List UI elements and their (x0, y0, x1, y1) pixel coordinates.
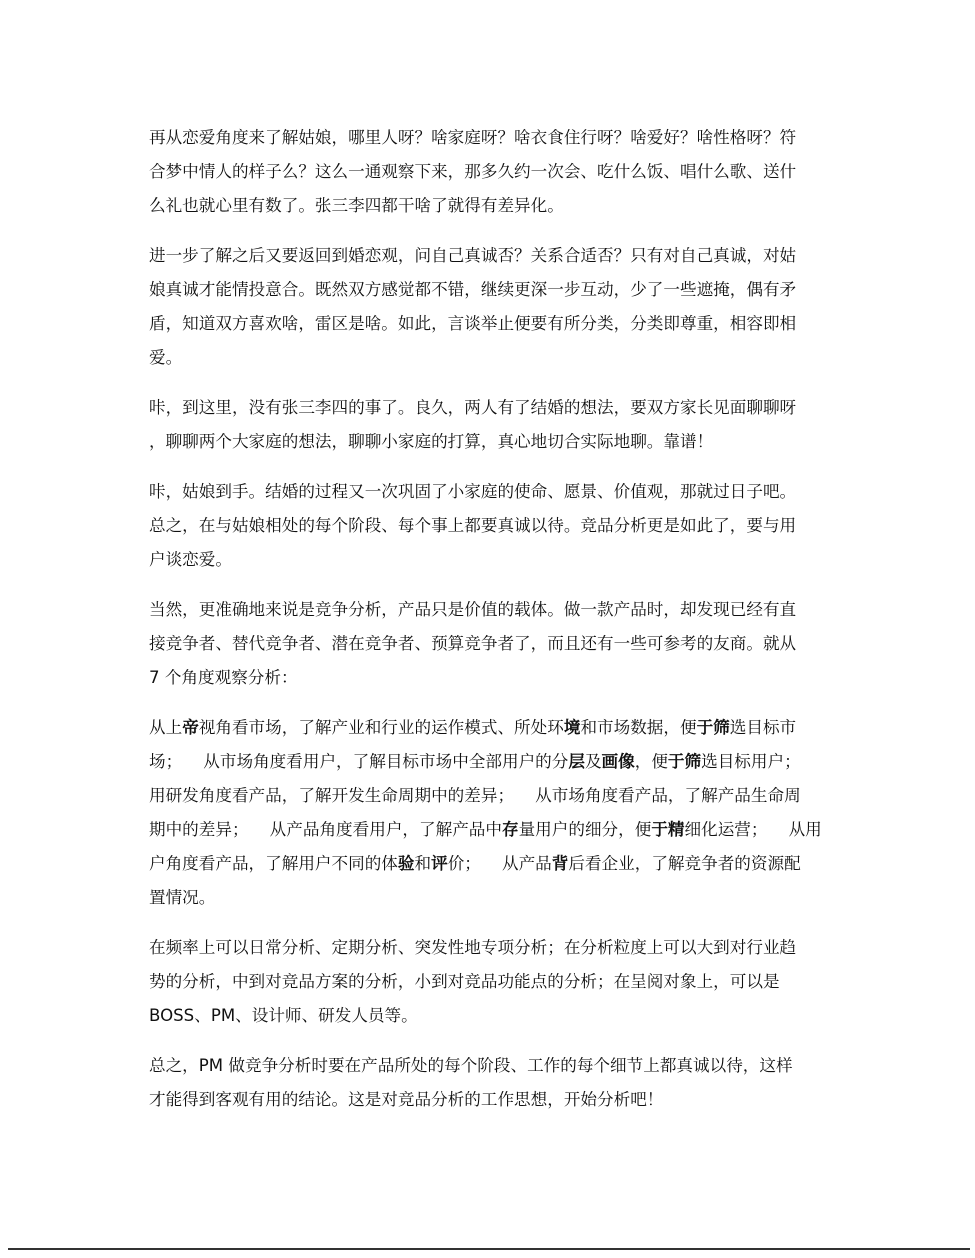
bold-text: 层 (568, 752, 585, 771)
bold-text: 画像 (602, 752, 635, 771)
bold-text: 帝 (182, 718, 199, 737)
text-segment: ，聊聊两个大家庭的想法，聊聊小家庭的打算，真心地切合实际地聊。靠谱！ (149, 432, 713, 451)
bold-text: 背 (552, 854, 569, 873)
text-segment: 户角度看产品，了解用户不同的体 (149, 854, 398, 873)
text-segment: 总之，PM 做竞争分析时要在产品所处的每个阶段、工作的每个细节上都真诚以待，这样 (149, 1056, 793, 1075)
paragraph: 再从恋爱角度来了解姑娘，哪里人呀？啥家庭呀？啥衣食住行呀？啥爱好？啥性格呀？符合… (149, 121, 849, 223)
text-segment: 户谈恋爱。 (149, 550, 232, 569)
text-line: 势的分析，中到对竞品方案的分析，小到对竞品功能点的分析；在呈阅对象上，可以是 (149, 965, 849, 999)
text-segment: 在频率上可以日常分析、定期分析、突发性地专项分析；在分析粒度上可以大到对行业趋 (149, 938, 796, 957)
text-segment: BOSS、PM、设计师、研发人员等。 (149, 1006, 418, 1025)
bold-text: 评 (431, 854, 448, 873)
text-line: 爱。 (149, 341, 849, 375)
text-segment: 么礼也就心里有数了。张三李四都干啥了就得有差异化。 (149, 196, 564, 215)
text-line: 总之，在与姑娘相处的每个阶段、每个事上都要真诚以待。竞品分析更是如此了，要与用 (149, 509, 849, 543)
bold-text: 于筛 (697, 718, 730, 737)
text-line: 合梦中情人的样子么？这么一通观察下来，那多久约一次会、吃什么饭、唱什么歌、送什 (149, 155, 849, 189)
text-line: 从上帝视角看市场，了解产业和行业的运作模式、所处环境和市场数据，便于筛选目标市 (149, 711, 849, 745)
text-line: 总之，PM 做竞争分析时要在产品所处的每个阶段、工作的每个细节上都真诚以待，这样 (149, 1049, 849, 1083)
text-line: 咔，姑娘到手。结婚的过程又一次巩固了小家庭的使命、愿景、价值观，那就过日子吧。 (149, 475, 849, 509)
text-segment: 用研发角度看产品，了解开发生命周期中的差异； 从市场角度看产品，了解产品生命周 (149, 786, 801, 805)
text-segment: 和 (415, 854, 432, 873)
text-segment: 视角看市场，了解产业和行业的运作模式、所处环 (199, 718, 564, 737)
text-line: 咔，到这里，没有张三李四的事了。良久，两人有了结婚的想法，要双方家长见面聊聊呀 (149, 391, 849, 425)
text-line: 户角度看产品，了解用户不同的体验和评价； 从产品背后看企业，了解竞争者的资源配 (149, 847, 849, 881)
paragraph: 从上帝视角看市场，了解产业和行业的运作模式、所处环境和市场数据，便于筛选目标市场… (149, 711, 849, 915)
text-line: ，聊聊两个大家庭的想法，聊聊小家庭的打算，真心地切合实际地聊。靠谱！ (149, 425, 849, 459)
text-segment: ，便 (635, 752, 668, 771)
bold-text: 验 (398, 854, 415, 873)
text-line: 么礼也就心里有数了。张三李四都干啥了就得有差异化。 (149, 189, 849, 223)
text-line: 期中的差异； 从产品角度看用户，了解产品中存量用户的细分，便于精细化运营； 从用 (149, 813, 849, 847)
paragraph: 咔，到这里，没有张三李四的事了。良久，两人有了结婚的想法，要双方家长见面聊聊呀，… (149, 391, 849, 459)
text-segment: 接竞争者、替代竞争者、潜在竞争者、预算竞争者了，而且还有一些可参考的友商。就从 (149, 634, 796, 653)
text-segment: 7 个角度观察分析： (149, 668, 298, 687)
text-line: 当然，更准确地来说是竞争分析，产品只是价值的载体。做一款产品时，却发现已经有直 (149, 593, 849, 627)
text-segment: 进一步了解之后又要返回到婚恋观，问自己真诚否？关系合适否？只有对自己真诚，对姑 (149, 246, 796, 265)
text-line: 再从恋爱角度来了解姑娘，哪里人呀？啥家庭呀？啥衣食住行呀？啥爱好？啥性格呀？符 (149, 121, 849, 155)
text-segment: 置情况。 (149, 888, 215, 907)
text-segment: 爱。 (149, 348, 182, 367)
text-segment: 盾，知道双方喜欢啥，雷区是啥。如此，言谈举止便要有所分类，分类即尊重，相容即相 (149, 314, 796, 333)
text-segment: 咔，姑娘到手。结婚的过程又一次巩固了小家庭的使命、愿景、价值观，那就过日子吧。 (149, 482, 796, 501)
text-line: 置情况。 (149, 881, 849, 915)
text-line: 在频率上可以日常分析、定期分析、突发性地专项分析；在分析粒度上可以大到对行业趋 (149, 931, 849, 965)
text-segment: 及 (585, 752, 602, 771)
paragraph: 在频率上可以日常分析、定期分析、突发性地专项分析；在分析粒度上可以大到对行业趋势… (149, 931, 849, 1033)
text-segment: 当然，更准确地来说是竞争分析，产品只是价值的载体。做一款产品时，却发现已经有直 (149, 600, 796, 619)
paragraph: 进一步了解之后又要返回到婚恋观，问自己真诚否？关系合适否？只有对自己真诚，对姑娘… (149, 239, 849, 375)
bold-text: 存 (502, 820, 519, 839)
text-segment: 合梦中情人的样子么？这么一通观察下来，那多久约一次会、吃什么饭、唱什么歌、送什 (149, 162, 796, 181)
paragraph: 总之，PM 做竞争分析时要在产品所处的每个阶段、工作的每个细节上都真诚以待，这样… (149, 1049, 849, 1117)
text-segment: 细化运营； 从用 (685, 820, 822, 839)
text-segment: 娘真诚才能情投意合。既然双方感觉都不错，继续更深一步互动，少了一些遮掩，偶有矛 (149, 280, 796, 299)
text-segment: 场； 从市场角度看用户，了解目标市场中全部用户的分 (149, 752, 568, 771)
text-segment: 期中的差异； 从产品角度看用户，了解产品中 (149, 820, 502, 839)
bold-text: 于精 (651, 820, 684, 839)
text-segment: 势的分析，中到对竞品方案的分析，小到对竞品功能点的分析；在呈阅对象上，可以是 (149, 972, 780, 991)
text-line: 娘真诚才能情投意合。既然双方感觉都不错，继续更深一步互动，少了一些遮掩，偶有矛 (149, 273, 849, 307)
text-line: 场； 从市场角度看用户，了解目标市场中全部用户的分层及画像，便于筛选目标用户； (149, 745, 849, 779)
text-line: BOSS、PM、设计师、研发人员等。 (149, 999, 849, 1033)
text-line: 用研发角度看产品，了解开发生命周期中的差异； 从市场角度看产品，了解产品生命周 (149, 779, 849, 813)
paragraph: 当然，更准确地来说是竞争分析，产品只是价值的载体。做一款产品时，却发现已经有直接… (149, 593, 849, 695)
text-segment: 选目标市 (730, 718, 796, 737)
bold-text: 于筛 (668, 752, 701, 771)
text-segment: 量用户的细分，便 (519, 820, 652, 839)
text-segment: 总之，在与姑娘相处的每个阶段、每个事上都要真诚以待。竞品分析更是如此了，要与用 (149, 516, 796, 535)
text-segment: 后看企业，了解竞争者的资源配 (568, 854, 800, 873)
paragraph: 咔，姑娘到手。结婚的过程又一次巩固了小家庭的使命、愿景、价值观，那就过日子吧。总… (149, 475, 849, 577)
text-line: 接竞争者、替代竞争者、潜在竞争者、预算竞争者了，而且还有一些可参考的友商。就从 (149, 627, 849, 661)
bold-text: 境 (564, 718, 581, 737)
text-line: 进一步了解之后又要返回到婚恋观，问自己真诚否？关系合适否？只有对自己真诚，对姑 (149, 239, 849, 273)
text-segment: 咔，到这里，没有张三李四的事了。良久，两人有了结婚的想法，要双方家长见面聊聊呀 (149, 398, 796, 417)
text-line: 才能得到客观有用的结论。这是对竞品分析的工作思想，开始分析吧！ (149, 1083, 849, 1117)
text-line: 户谈恋爱。 (149, 543, 849, 577)
text-segment: 才能得到客观有用的结论。这是对竞品分析的工作思想，开始分析吧！ (149, 1090, 663, 1109)
text-segment: 和市场数据，便 (580, 718, 696, 737)
text-segment: 选目标用户； (701, 752, 801, 771)
document-page: 再从恋爱角度来了解姑娘，哪里人呀？啥家庭呀？啥衣食住行呀？啥爱好？啥性格呀？符合… (149, 121, 849, 1133)
text-line: 7 个角度观察分析： (149, 661, 849, 695)
page-bottom-rule (8, 1248, 970, 1250)
text-segment: 再从恋爱角度来了解姑娘，哪里人呀？啥家庭呀？啥衣食住行呀？啥爱好？啥性格呀？符 (149, 128, 796, 147)
text-segment: 价； 从产品 (448, 854, 552, 873)
text-segment: 从上 (149, 718, 182, 737)
text-line: 盾，知道双方喜欢啥，雷区是啥。如此，言谈举止便要有所分类，分类即尊重，相容即相 (149, 307, 849, 341)
